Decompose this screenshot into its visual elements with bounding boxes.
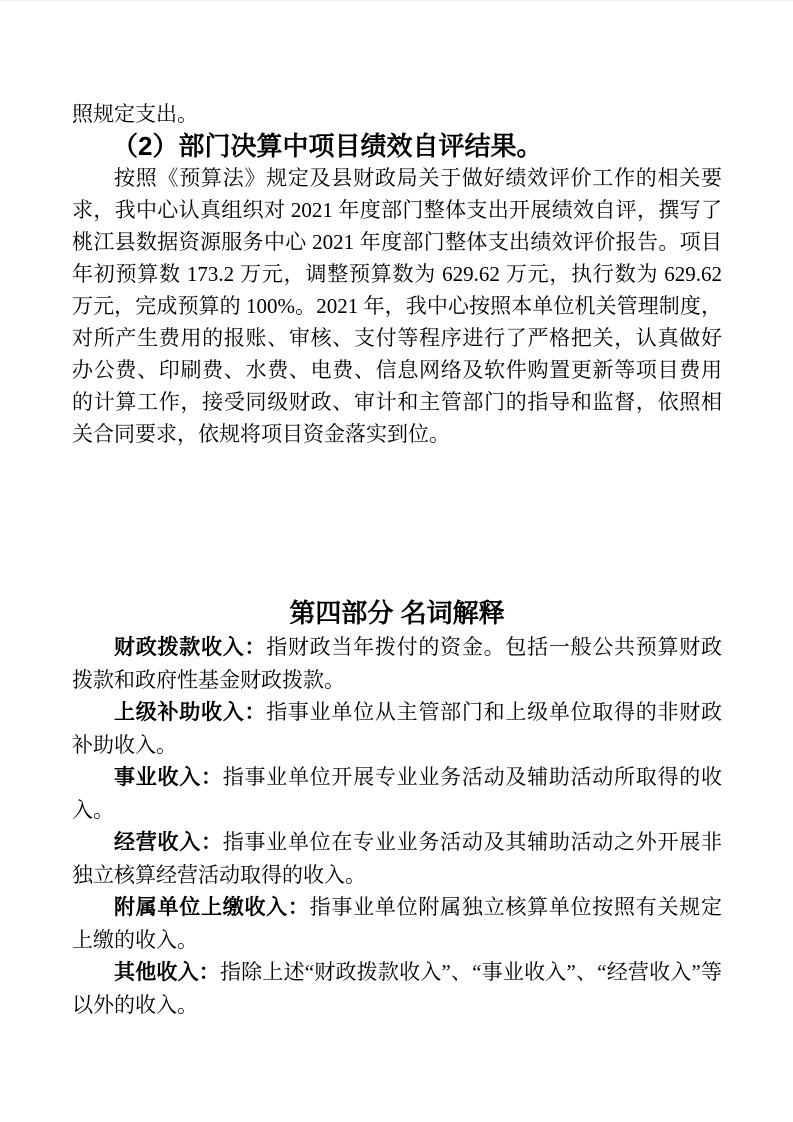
term-item-superior-subsidy: 上级补助收入：指事业单位从主管部门和上级单位取得的非财政补助收入。 <box>72 696 722 761</box>
document-page: 照规定支出。 （2）部门决算中项目绩效自评结果。 按照《预算法》规定及县财政局关… <box>0 0 793 1122</box>
term-name: 事业收入： <box>114 766 223 789</box>
page-content: 照规定支出。 （2）部门决算中项目绩效自评结果。 按照《预算法》规定及县财政局关… <box>72 98 722 1021</box>
part-four-title: 第四部分 名词解释 <box>72 595 722 631</box>
term-name: 附属单位上缴收入： <box>114 896 310 919</box>
term-item-other-income: 其他收入：指除上述“财政拨款收入”、“事业收入”、“经营收入”等以外的收入。 <box>72 956 722 1021</box>
continuation-text: 照规定支出。 <box>72 98 722 130</box>
subsection-heading: （2）部门决算中项目绩效自评结果。 <box>72 130 722 162</box>
performance-self-eval-paragraph: 按照《预算法》规定及县财政局关于做好绩效评价工作的相关要求，我中心认真组织对 2… <box>72 162 722 450</box>
term-name: 经营收入： <box>114 831 223 854</box>
term-item-operating-income: 经营收入：指事业单位在专业业务活动及其辅助活动之外开展非独立核算经营活动取得的收… <box>72 826 722 891</box>
term-name: 其他收入： <box>114 961 220 984</box>
section-gap <box>72 450 722 595</box>
term-name: 上级补助收入： <box>114 701 266 724</box>
term-name: 财政拨款收入： <box>114 636 266 659</box>
term-item-affiliated-unit-remittance: 附属单位上缴收入：指事业单位附属独立核算单位按照有关规定上缴的收入。 <box>72 891 722 956</box>
term-item-fiscal-appropriation: 财政拨款收入：指财政当年拨付的资金。包括一般公共预算财政拨款和政府性基金财政拨款… <box>72 631 722 696</box>
term-item-institutional-income: 事业收入：指事业单位开展专业业务活动及辅助活动所取得的收入。 <box>72 761 722 826</box>
terms-list: 财政拨款收入：指财政当年拨付的资金。包括一般公共预算财政拨款和政府性基金财政拨款… <box>72 631 722 1021</box>
